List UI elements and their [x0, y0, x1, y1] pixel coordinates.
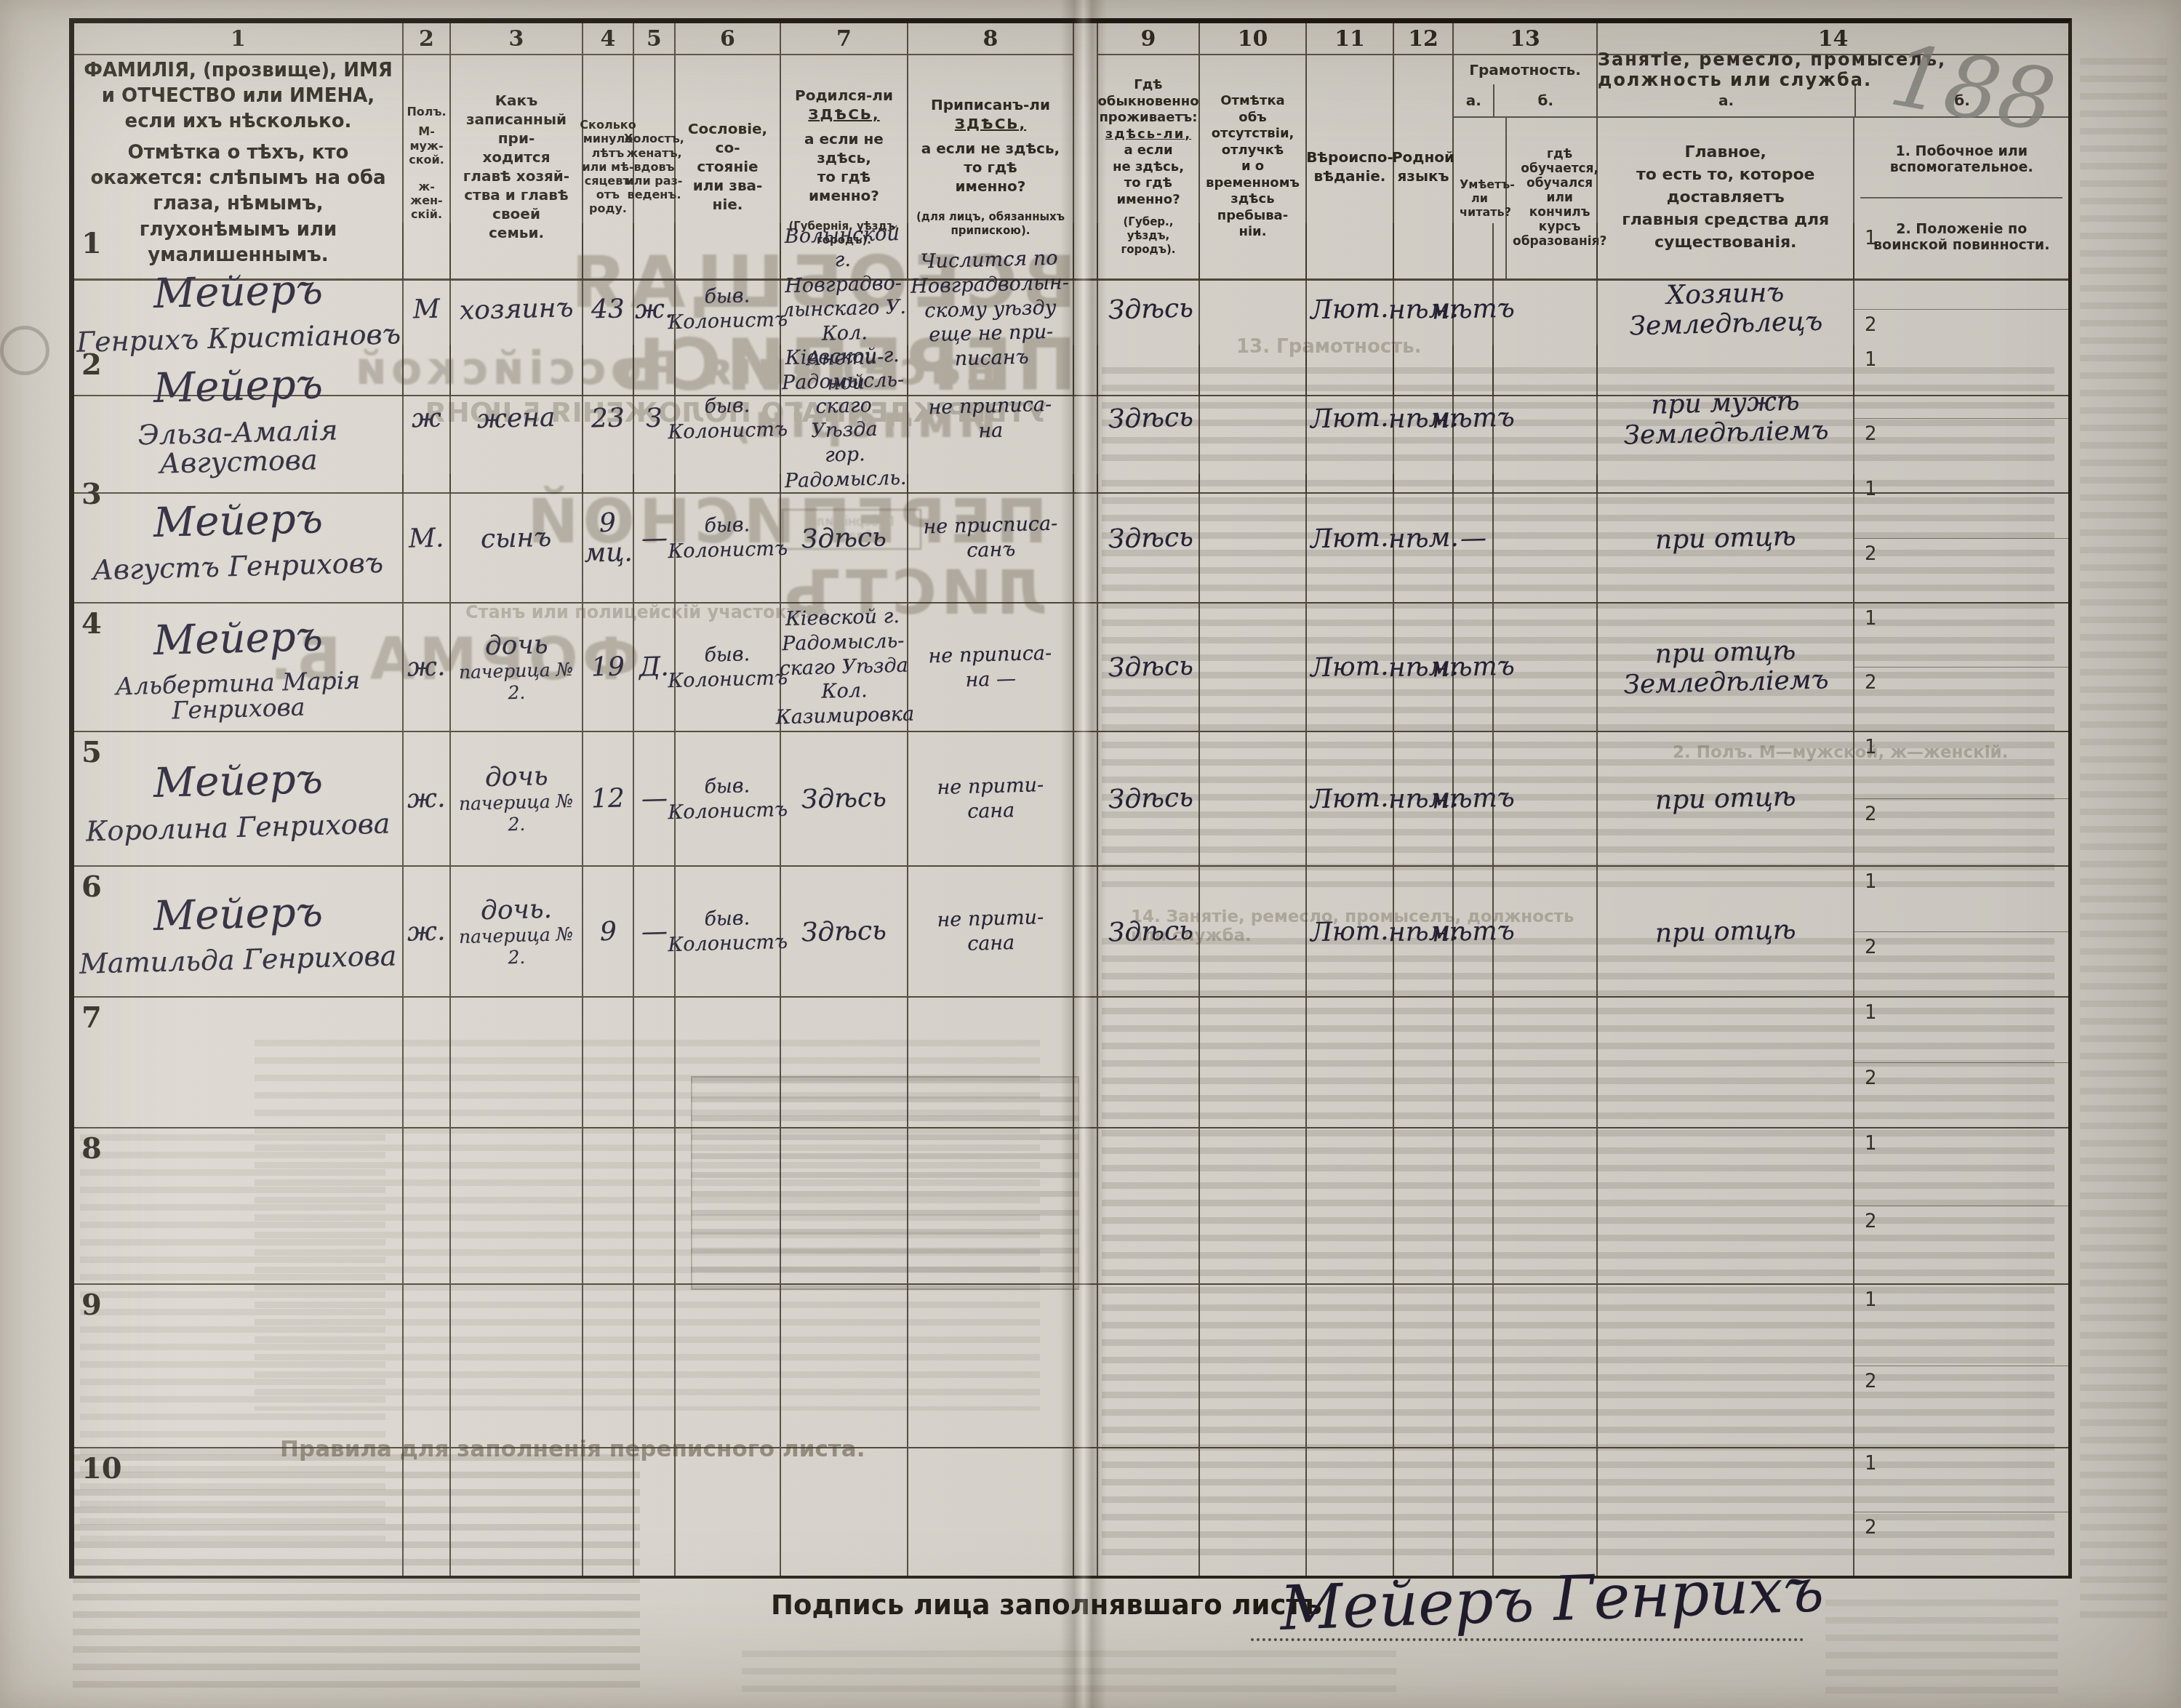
- row-number: 2: [81, 348, 102, 382]
- column-number: 5: [634, 23, 674, 55]
- table-row: 6 Мейеръ Матильда Генрихова ж. дочь.паче…: [74, 867, 2068, 998]
- cell-estate: быв. Колонистъ: [676, 867, 781, 998]
- column-number: 11: [1307, 23, 1393, 55]
- cell-literacy-b: [1494, 345, 1598, 494]
- surname-handwriting: Мейеръ: [153, 498, 323, 545]
- cell-religion: Лют.: [1307, 867, 1394, 998]
- header-literacy-b-label: б.: [1494, 84, 1596, 116]
- surname-handwriting: Мейеръ: [153, 364, 323, 411]
- cell-occupation-side: 1 2: [1854, 732, 2068, 867]
- column-number: 2: [404, 23, 449, 55]
- military-status-slot: 2: [1854, 931, 2068, 997]
- cell-occupation-side: 1 2: [1854, 345, 2068, 494]
- cell-estate: быв. Колонистъ: [676, 732, 781, 867]
- table-row: 7 1 2: [74, 998, 2068, 1128]
- table-row: 1 Мейеръ Генрихъ Кристіановъ М хозяинъ 4…: [74, 223, 2068, 345]
- cell-name: 5 Мейеръ Королина Генрихова: [74, 732, 404, 867]
- binding-gap: [1074, 1128, 1098, 1285]
- binding-gap: [1074, 604, 1098, 732]
- binding-gap: [1074, 345, 1098, 494]
- cell-relation: дочь.пачерица № 2.: [451, 867, 583, 998]
- cell-sex: ж: [404, 345, 451, 494]
- row-number: 4: [81, 606, 102, 641]
- table-row: 9 1 2: [74, 1285, 2068, 1448]
- cell-age: 9: [583, 867, 634, 998]
- cell-residence: Здѣсь: [1098, 732, 1200, 867]
- cell-literacy-b: [1494, 867, 1598, 998]
- table-row: 8 1 2: [74, 1128, 2068, 1285]
- binding-gap: [1074, 867, 1098, 998]
- cell-name: 6 Мейеръ Матильда Генрихова: [74, 867, 404, 998]
- column-number: 12: [1394, 23, 1452, 55]
- side-occupation-slot: 1: [1854, 732, 2068, 798]
- bleedthrough-text-block: [742, 1651, 1396, 1701]
- military-status-slot: 2: [1854, 538, 2068, 603]
- header-name-text: ФАМИЛІЯ, (прозвище), ИМЯ и ОТЧЕСТВО или …: [80, 58, 396, 135]
- cell-absence: [1200, 604, 1307, 732]
- table-row: 5 Мейеръ Королина Генрихова ж. дочьпачер…: [74, 732, 2068, 867]
- cell-religion: Лют.: [1307, 732, 1394, 867]
- given-name-handwriting: Королина Генрихова: [86, 809, 391, 846]
- column-number: 13: [1454, 23, 1596, 55]
- cell-religion: Лют.: [1307, 345, 1394, 494]
- cell-sex: М.: [404, 474, 451, 604]
- cell-registration: не присписа- санъ: [908, 474, 1074, 604]
- row-number: 6: [81, 870, 102, 904]
- cell-occupation-main: при мужѣ Земледѣліемъ: [1598, 345, 1854, 494]
- cell-literacy-a: нѣтъ: [1454, 867, 1494, 998]
- cell-age: 23: [583, 345, 634, 494]
- header-literacy-title: Грамотность.: [1454, 55, 1596, 84]
- margin-mark: [0, 326, 49, 375]
- cell-occupation-side: 1 2: [1854, 998, 2068, 1128]
- cell-residence: Здѣсь: [1098, 867, 1200, 998]
- cell-occupation-main: при отцѣ Земледѣліемъ: [1598, 604, 1854, 732]
- cell-language: нѣм.: [1394, 474, 1454, 604]
- side-occupation-slot: 1: [1854, 345, 2068, 418]
- surname-handwriting: Мейеръ: [153, 758, 323, 806]
- cell-age: 19: [583, 604, 634, 732]
- cell-relation: жена: [451, 345, 583, 494]
- surname-handwriting: Мейеръ: [153, 269, 323, 316]
- column-number: 3: [451, 23, 582, 55]
- column-number: 4: [583, 23, 633, 55]
- given-name-handwriting: Альбертина Марія Генрихова: [73, 667, 403, 726]
- cell-occupation-main: при отцѣ: [1598, 732, 1854, 867]
- row-number: 9: [81, 1288, 102, 1322]
- cell-estate: быв. Колонистъ: [676, 474, 781, 604]
- header-sex-female: ж-жен- скій.: [409, 180, 444, 222]
- table-row: 2 Мейеръ Эльза-Амалія Августова ж жена 2…: [74, 345, 2068, 474]
- cell-absence: [1200, 732, 1307, 867]
- cell-name: 10: [74, 1448, 404, 1576]
- surname-handwriting: Мейеръ: [153, 616, 323, 663]
- bleedthrough-text-block: [1825, 1600, 2058, 1701]
- table-row: 4 Мейеръ Альбертина Марія Генрихова ж. д…: [74, 604, 2068, 732]
- binding-gap: [1074, 998, 1098, 1128]
- cell-registration: не прити- сана: [908, 732, 1074, 867]
- cell-relation: дочьпачерица № 2.: [451, 732, 583, 867]
- cell-age: 12: [583, 732, 634, 867]
- cell-absence: [1200, 867, 1307, 998]
- cell-occupation-main: при отцѣ: [1598, 867, 1854, 998]
- cell-name: 3 Мейеръ Августъ Генриховъ: [74, 474, 404, 604]
- cell-age: 9 мц.: [583, 474, 634, 604]
- table-header-row: 1 ФАМИЛІЯ, (прозвище), ИМЯ и ОТЧЕСТВО ил…: [74, 23, 2068, 223]
- cell-estate: быв. Колонистъ: [676, 345, 781, 494]
- cell-birthplace: Здѣсь: [781, 474, 908, 604]
- side-occupation-slot: 1: [1854, 604, 2068, 667]
- cell-birthplace: Здѣсь: [781, 867, 908, 998]
- header-sex-male: М-муж- ской.: [409, 124, 444, 167]
- cell-occupation-side: 1 2: [1854, 604, 2068, 732]
- cell-literacy-a: —: [1454, 474, 1494, 604]
- given-name-handwriting: Эльза-Амалія Августова: [73, 414, 403, 481]
- cell-literacy-a: нѣтъ: [1454, 732, 1494, 867]
- side-occupation-slot: 1: [1854, 474, 2068, 538]
- row-number: 7: [81, 1001, 102, 1035]
- cell-occupation-side: 1 2: [1854, 1128, 2068, 1285]
- census-table: 1 ФАМИЛІЯ, (прозвище), ИМЯ и ОТЧЕСТВО ил…: [69, 18, 2072, 1579]
- header-occupation-a-label: а.: [1598, 84, 1856, 116]
- table-row: 3 Мейеръ Августъ Генриховъ М. сынъ 9 мц.…: [74, 474, 2068, 604]
- binding-gap: [1074, 1285, 1098, 1448]
- row-number: 10: [81, 1451, 122, 1486]
- header-sex-title: Полъ.: [407, 105, 446, 119]
- given-name-handwriting: Августъ Генриховъ: [92, 549, 384, 585]
- column-number: 8: [908, 23, 1073, 55]
- military-status-slot: 2: [1854, 667, 2068, 731]
- binding-gap: [1074, 1448, 1098, 1576]
- cell-birthplace: Кіевской г. Радомысль- скаго Уѣзда Кол. …: [781, 604, 908, 732]
- cell-name: 7: [74, 998, 404, 1128]
- cell-birthplace: Здѣсь: [781, 732, 908, 867]
- column-number: 10: [1200, 23, 1305, 55]
- side-occupation-slot: 1: [1854, 867, 2068, 931]
- cell-sex: ж.: [404, 867, 451, 998]
- cell-name: 4 Мейеръ Альбертина Марія Генрихова: [74, 604, 404, 732]
- cell-absence: [1200, 345, 1307, 494]
- cell-birthplace: Кіевской г. Радомысль- скаго Уѣзда гор. …: [781, 345, 908, 494]
- bleedthrough-text-block: [2080, 58, 2167, 1621]
- row-number: 3: [81, 477, 102, 511]
- cell-residence: Здѣсь: [1098, 604, 1200, 732]
- cell-occupation-side: 1 2: [1854, 867, 2068, 998]
- cell-literacy-a: нѣтъ: [1454, 604, 1494, 732]
- cell-registration: не приписа- на —: [908, 604, 1074, 732]
- column-number: 1: [74, 23, 402, 55]
- cell-name: 2 Мейеръ Эльза-Амалія Августова: [74, 345, 404, 494]
- side-occupation-slot: 1: [1854, 223, 2068, 309]
- column-number: 9: [1098, 23, 1198, 55]
- row-number: 1: [81, 226, 102, 260]
- cell-occupation-side: 1 2: [1854, 1285, 2068, 1448]
- cell-registration: не приписа- на: [908, 345, 1074, 494]
- cell-occupation-main: при отцѣ: [1598, 474, 1854, 604]
- cell-name: 8: [74, 1128, 404, 1285]
- cell-literacy-b: [1494, 474, 1598, 604]
- cell-residence: Здѣсь: [1098, 345, 1200, 494]
- cell-relation: сынъ: [451, 474, 583, 604]
- cell-absence: [1200, 474, 1307, 604]
- column-number: 7: [781, 23, 907, 55]
- signature-label: Подпись лица заполнявшаго листъ: [771, 1589, 1322, 1621]
- row-number: 8: [81, 1131, 102, 1166]
- cell-literacy-a: нѣтъ: [1454, 345, 1494, 494]
- cell-occupation-side: 1 2: [1854, 474, 2068, 604]
- surname-handwriting: Мейеръ: [153, 891, 323, 939]
- cell-residence: Здѣсь: [1098, 474, 1200, 604]
- cell-religion: Лют.: [1307, 604, 1394, 732]
- binding-gap: [1074, 474, 1098, 604]
- cell-literacy-b: [1494, 732, 1598, 867]
- military-status-slot: 2: [1854, 798, 2068, 865]
- given-name-handwriting: Матильда Генрихова: [79, 942, 397, 979]
- column-number: 6: [676, 23, 780, 55]
- row-number: 5: [81, 735, 102, 769]
- cell-registration: не прити- сана: [908, 867, 1074, 998]
- census-sheet-scan: ВСЕОБЩАЯ ПЕРЕПИСЬ населенія Россійской И…: [0, 0, 2181, 1708]
- cell-literacy-b: [1494, 604, 1598, 732]
- header-literacy-a-label: а.: [1454, 84, 1494, 116]
- cell-sex: ж.: [404, 732, 451, 867]
- cell-name: 9: [74, 1285, 404, 1448]
- binding-gap: [1074, 732, 1098, 867]
- cell-religion: Лют.: [1307, 474, 1394, 604]
- cell-occupation-side: 1 2: [1854, 1448, 2068, 1576]
- cell-relation: дочьпачерица № 2.: [451, 604, 583, 732]
- cell-estate: быв. Колонистъ: [676, 604, 781, 732]
- cell-sex: ж.: [404, 604, 451, 732]
